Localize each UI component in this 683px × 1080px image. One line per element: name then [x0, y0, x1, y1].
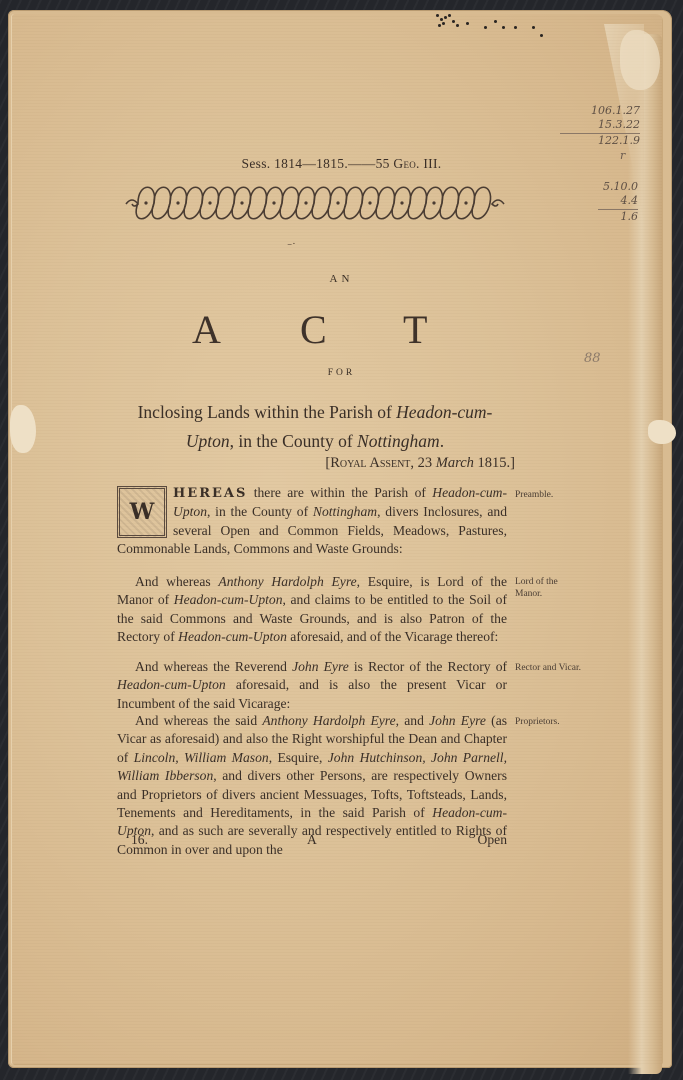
- margin-note-preamble: Preamble.: [515, 489, 585, 501]
- heading-act-a: A: [192, 310, 221, 350]
- act-title: Inclosing Lands within the Parish of Hea…: [115, 398, 515, 456]
- title-place-italic: Headon-cum-: [396, 402, 492, 422]
- italic-place: Headon-cum-Upton: [174, 592, 283, 607]
- italic-name: Anthony Hardolph Eyre: [218, 574, 356, 589]
- heading-act-t: T: [403, 310, 427, 350]
- blackletter-opening: HEREAS: [173, 486, 247, 501]
- session-line: Sess. 1814—1815.——55 Geo. III.: [0, 156, 683, 172]
- right-edge-tear: [648, 420, 676, 444]
- text: And whereas the said: [135, 713, 262, 728]
- italic-county: Nottingham: [313, 504, 377, 519]
- heading-an: AN: [0, 273, 683, 285]
- text: there are within the Parish of: [247, 485, 432, 500]
- heading-for: FOR: [0, 368, 683, 378]
- text: And whereas the Reverend: [135, 659, 292, 674]
- session-years: 1814—1815.——55: [274, 156, 390, 171]
- pencil-sum-total: 122.1.9: [560, 134, 640, 148]
- pencil-sum-1: 106.1.27: [560, 104, 640, 118]
- footer-page-ref: 16.: [131, 832, 148, 848]
- pencil-sum2-1: 5.10.0: [570, 180, 638, 194]
- footer-catchword: Open: [478, 832, 507, 848]
- handwritten-sums: 106.1.27 15.3.22 122.1.9: [560, 104, 640, 148]
- text: is Rector of the Rectory of: [349, 659, 507, 674]
- left-edge-tear: [10, 405, 36, 453]
- text: , and: [396, 713, 429, 728]
- title-place-italic-2: Upton: [186, 431, 230, 451]
- margin-note-lord-of-manor: Lord of the Manor.: [515, 576, 585, 600]
- royal-assent-label: [Royal Assent, 23: [325, 455, 435, 471]
- royal-assent-year: 1815.]: [474, 455, 515, 471]
- italic-place: Headon-cum-Upton: [178, 629, 287, 644]
- footer-signature-mark: A: [307, 832, 317, 848]
- royal-assent-month: March: [436, 455, 474, 471]
- ink-mark: ⁻˙: [287, 242, 296, 253]
- session-sess: Sess.: [242, 156, 271, 171]
- margin-note-proprietors: Proprietors.: [515, 716, 585, 728]
- title-text-2: , in the County of: [230, 431, 357, 451]
- title-county-italic: Nottingham: [357, 431, 440, 451]
- italic-name: John Eyre: [292, 659, 349, 674]
- pencil-page-note: 88: [584, 352, 601, 365]
- text: , Esquire,: [269, 750, 328, 765]
- text: And whereas: [135, 574, 218, 589]
- margin-note-rector-vicar: Rector and Vicar.: [515, 662, 585, 674]
- session-reign: Geo. III.: [393, 156, 441, 171]
- pencil-sum-2: 15.3.22: [560, 118, 640, 132]
- italic-name: Anthony Hardolph Eyre: [262, 713, 395, 728]
- paragraph-lord-of-manor: And whereas Anthony Hardolph Eyre, Esqui…: [117, 573, 507, 647]
- text: , in the County of: [207, 504, 313, 519]
- paragraph-preamble: W HEREAS there are within the Parish of …: [117, 484, 507, 559]
- decorated-dropcap: W: [117, 486, 167, 538]
- italic-name: John Eyre: [429, 713, 486, 728]
- royal-assent: [Royal Assent, 23 March 1815.]: [325, 455, 515, 472]
- ornamental-scroll-border-icon: [124, 180, 506, 226]
- italic-place: Headon-cum-Upton: [117, 677, 226, 692]
- paragraph-rector-vicar: And whereas the Reverend John Eyre is Re…: [117, 658, 507, 713]
- title-period: .: [440, 431, 444, 451]
- italic-names: Lincoln, William Mason: [134, 750, 269, 765]
- handwritten-sums-2: 5.10.0 4.4 1.6: [570, 180, 638, 224]
- heading-act-c: C: [300, 310, 327, 350]
- pencil-sum2-3: 1.6: [570, 210, 638, 224]
- pencil-sum2-2: 4.4: [570, 194, 638, 208]
- title-text: Inclosing Lands within the Parish of: [138, 402, 397, 422]
- punch-holes: [436, 12, 596, 42]
- text: aforesaid, and of the Vicarage thereof:: [287, 629, 498, 644]
